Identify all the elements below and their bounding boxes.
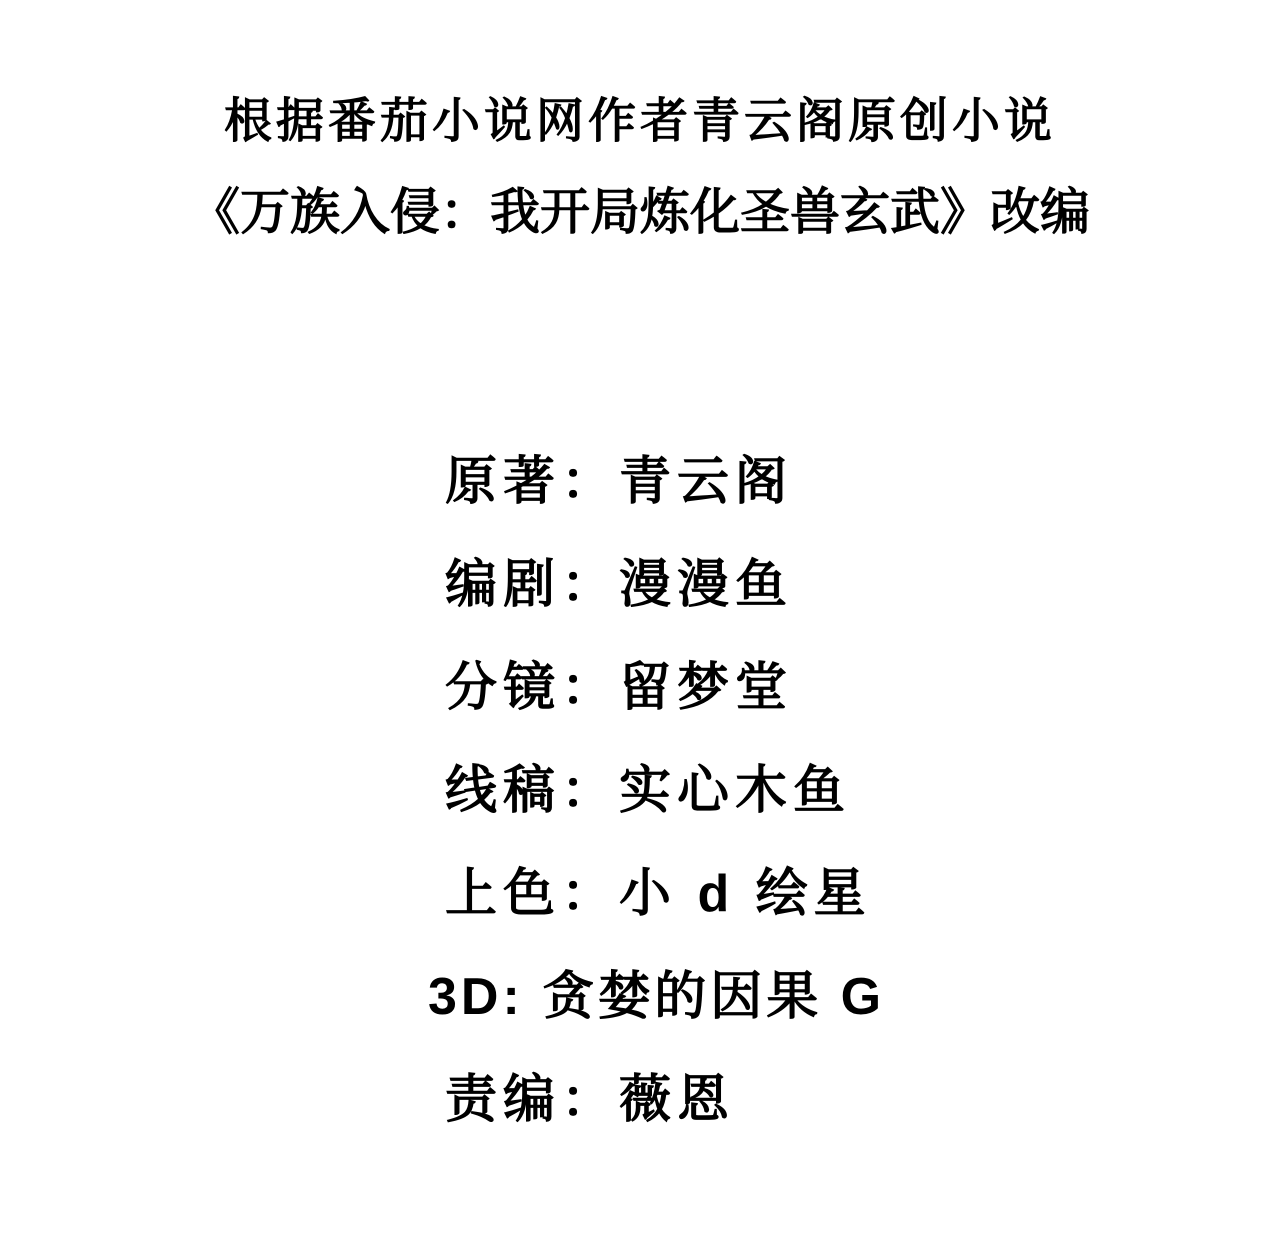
credit-row-editor: 责编：薇恩: [445, 1043, 885, 1146]
source-attribution-text: 根据番茄小说网作者青云阁原创小说: [0, 98, 1280, 146]
credit-row-screenwriter: 编剧：漫漫鱼: [445, 528, 885, 631]
credit-row-storyboard: 分镜：留梦堂: [445, 631, 885, 734]
credits-list: 原著：青云阁 编剧：漫漫鱼 分镜：留梦堂 线稿：实心木鱼 上色：小 d 绘星 3…: [445, 425, 885, 1146]
credit-row-coloring: 上色：小 d 绘星: [445, 837, 885, 940]
header-block: 根据番茄小说网作者青云阁原创小说 《万族入侵：我开局炼化圣兽玄武》改编: [0, 98, 1280, 237]
credit-row-original-author: 原著：青云阁: [445, 425, 885, 528]
novel-title-text: 《万族入侵：我开局炼化圣兽玄武》改编: [0, 187, 1280, 237]
credit-row-line-art: 线稿：实心木鱼: [445, 734, 885, 837]
credit-row-3d: 3D: 贪婪的因果 G: [428, 940, 885, 1043]
credits-page: 根据番茄小说网作者青云阁原创小说 《万族入侵：我开局炼化圣兽玄武》改编 原著：青…: [0, 0, 1280, 1250]
